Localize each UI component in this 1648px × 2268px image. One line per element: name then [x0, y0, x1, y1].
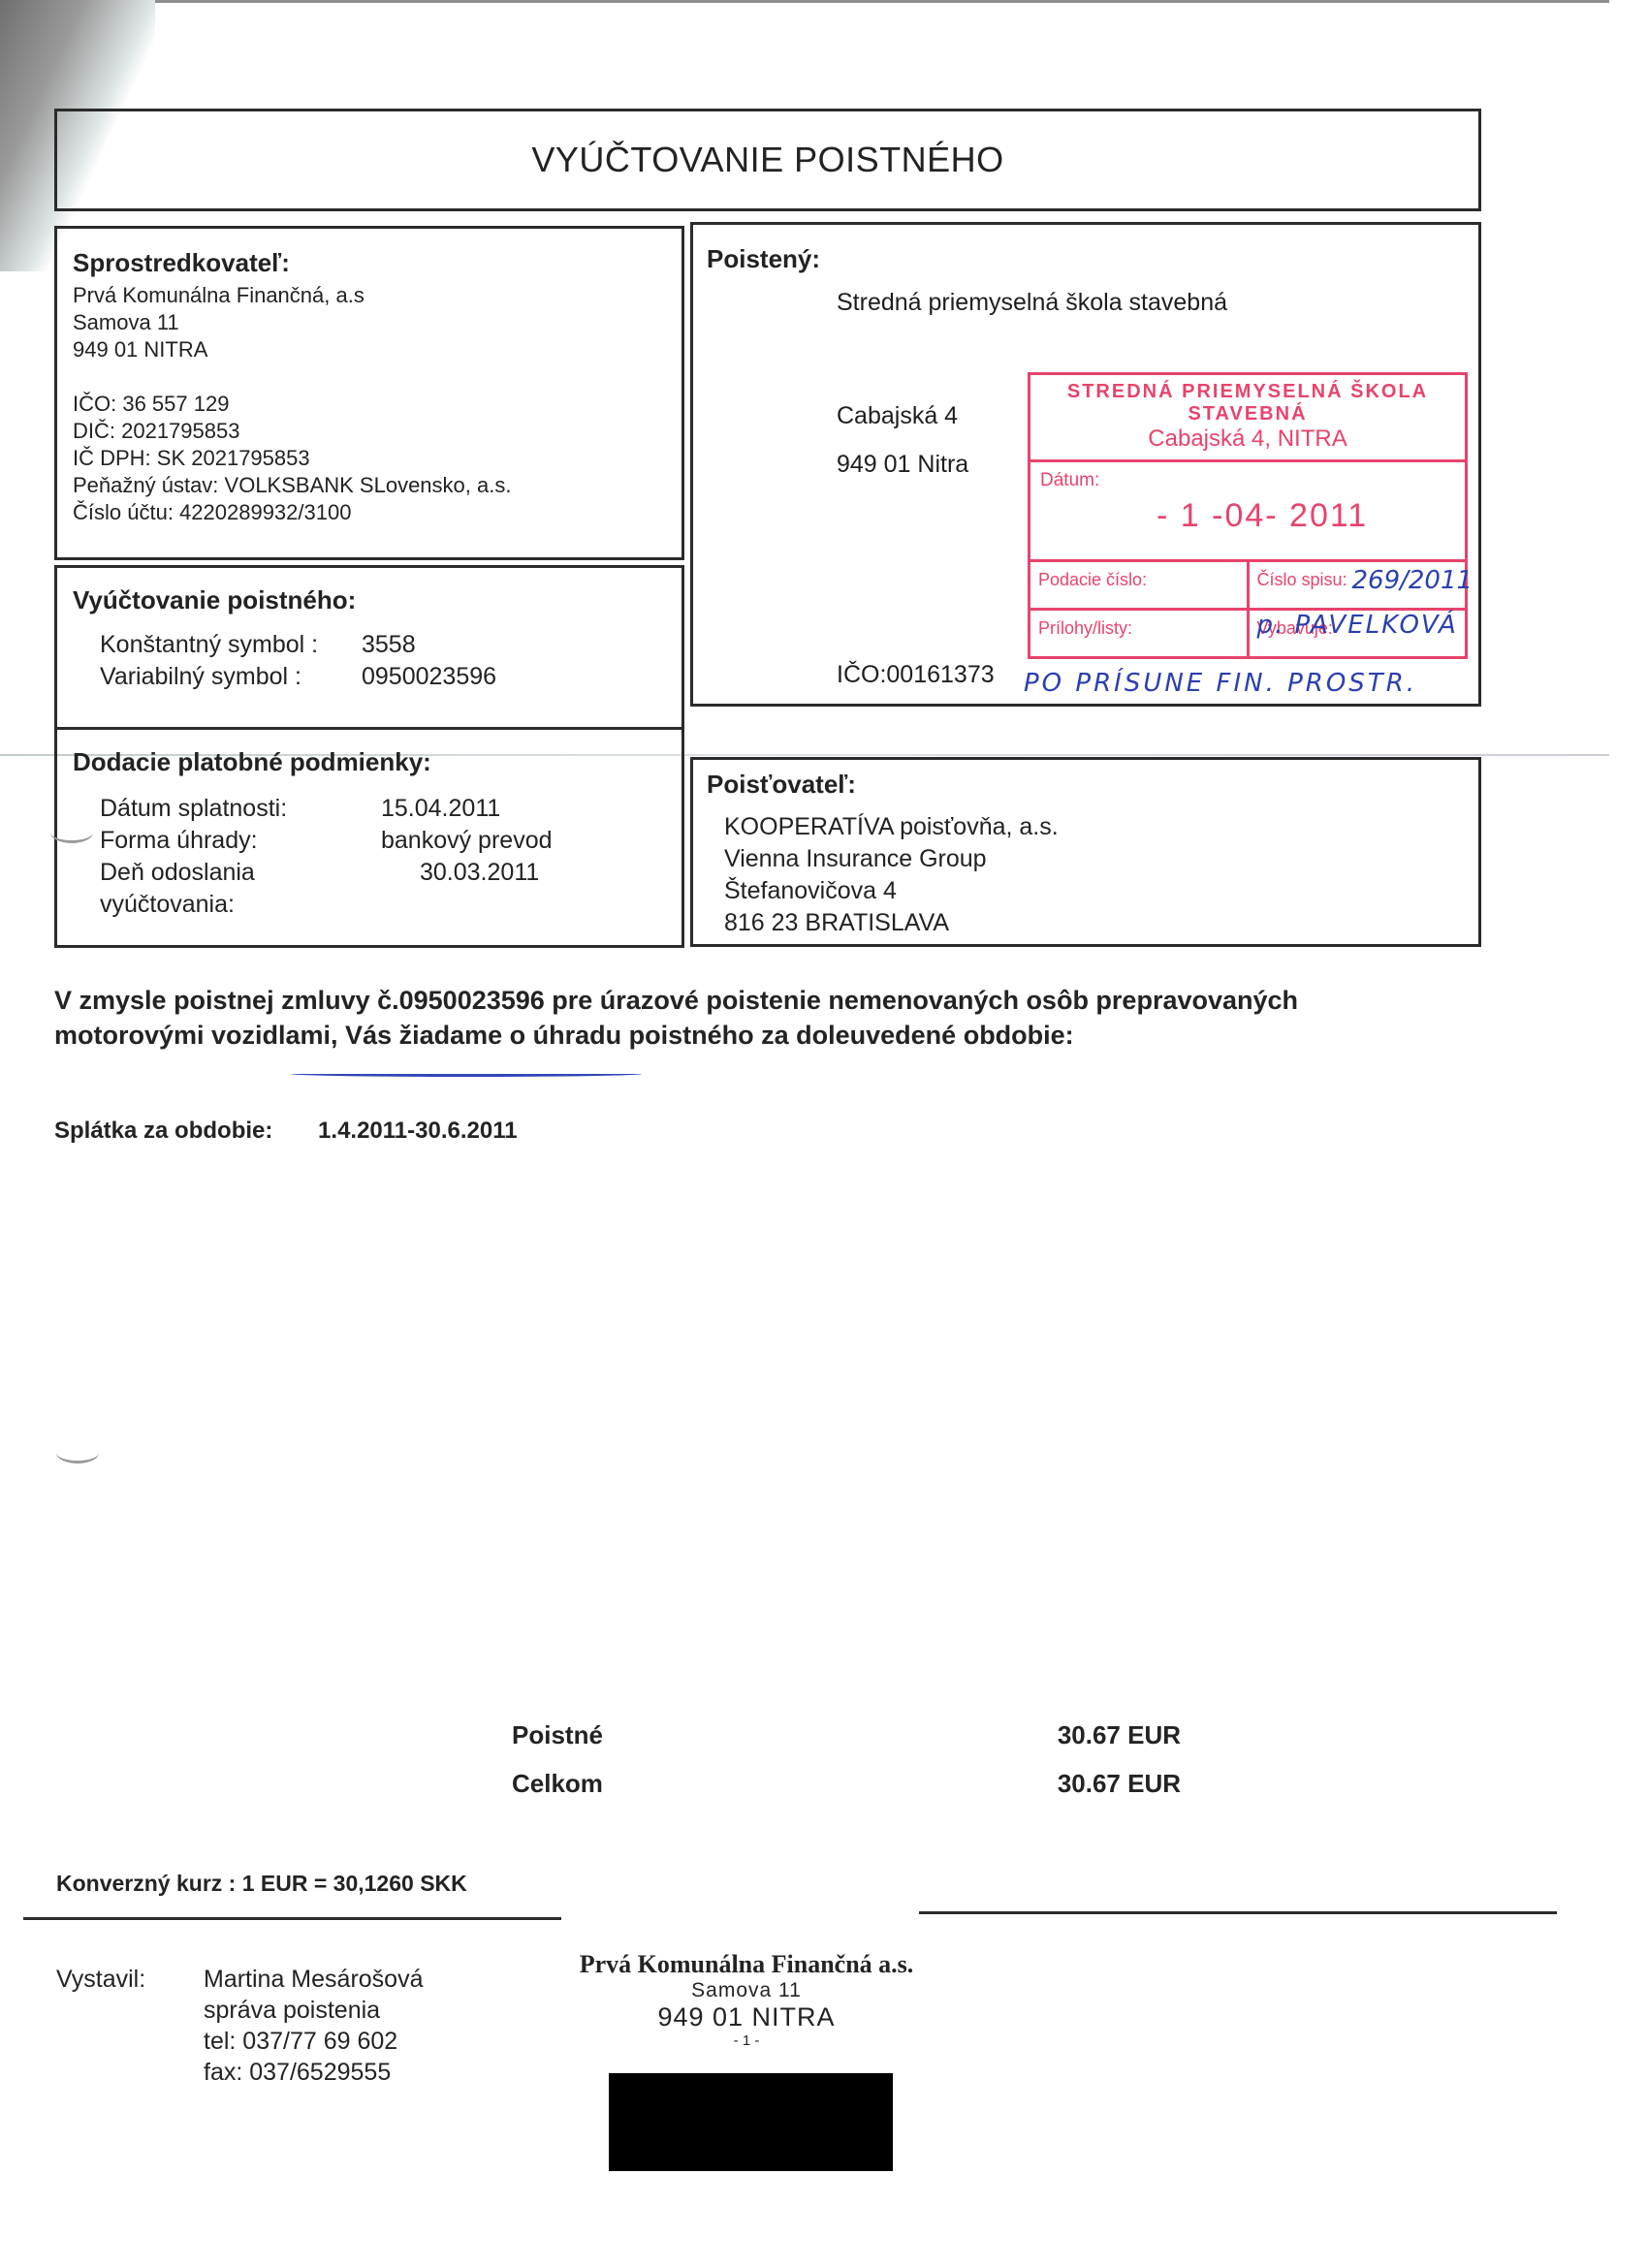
company-stamp-name: Prvá Komunálna Finančná a.s.: [543, 1950, 950, 1979]
broker-street: Samova 11: [73, 309, 666, 336]
broker-account: Číslo účtu: 4220289932/3100: [73, 499, 666, 526]
broker-bank: Peňažný ústav: VOLKSBANK SLovensko, a.s.: [73, 472, 666, 499]
stamp-line-2: STAVEBNÁ: [1030, 403, 1465, 425]
company-stamp-city: 949 01 NITRA: [543, 2002, 950, 2032]
page-number: - 1 -: [543, 2032, 950, 2049]
insured-ico: IČO:00161373: [837, 661, 995, 689]
totals-amount: 30.67 EUR: [1058, 1769, 1181, 1817]
totals-row: Poistné 30.67 EUR: [512, 1720, 1181, 1769]
stamp-line-3: Cabajská 4, NITRA: [1030, 425, 1465, 453]
intro-paragraph: V zmysle poistnej zmluvy č.0950023596 pr…: [54, 983, 1411, 1053]
broker-section: Sprostredkovateľ: Prvá Komunálna Finančn…: [54, 226, 684, 560]
stamp-date-value: - 1 -04- 2011: [1157, 497, 1368, 535]
broker-name: Prvá Komunálna Finančná, a.s: [73, 282, 666, 309]
signature-line: [919, 1911, 1557, 1914]
totals-label: Celkom: [512, 1769, 603, 1817]
terms-key: Dátum splatnosti:: [100, 793, 381, 825]
stamp-line-1: STREDNÁ PRIEMYSELNÁ ŠKOLA: [1030, 381, 1465, 403]
insurer-city: 816 23 BRATISLAVA: [724, 907, 1465, 939]
issuer-name: Martina Mesárošová: [204, 1964, 423, 1995]
issuer-department: správa poistenia: [204, 1995, 423, 2026]
company-stamp: Prvá Komunálna Finančná a.s. Samova 11 9…: [543, 1950, 950, 2049]
company-stamp-street: Samova 11: [543, 1979, 950, 2002]
insured-street: Cabajská 4: [837, 402, 958, 430]
insurer-name: KOOPERATÍVA poisťovňa, a.s.: [724, 811, 1465, 843]
terms-key: Forma úhrady:: [100, 825, 381, 857]
registry-stamp: STREDNÁ PRIEMYSELNÁ ŠKOLA STAVEBNÁ Cabaj…: [1028, 372, 1468, 659]
period-label: Splátka za obdobie:: [54, 1118, 272, 1144]
terms-key: Deň odoslania vyúčtovania:: [100, 857, 381, 921]
totals-row: Celkom 30.67 EUR: [512, 1769, 1181, 1817]
punch-hole-mark: [56, 1442, 99, 1464]
issuer-fax: fax: 037/6529555: [204, 2057, 423, 2088]
issuer-tel: tel: 037/77 69 602: [204, 2026, 423, 2057]
title-box: VYÚČTOVANIE POISTNÉHO: [54, 109, 1481, 211]
conversion-rate: Konverzný kurz : 1 EUR = 30,1260 SKK: [56, 1871, 467, 1897]
page-title: VYÚČTOVANIE POISTNÉHO: [531, 140, 1003, 180]
insurer-group: Vienna Insurance Group: [724, 843, 1465, 875]
divider: [23, 1917, 561, 1920]
insurer-label: Poisťovateľ:: [707, 770, 1465, 800]
insured-city: 949 01 Nitra: [837, 451, 968, 479]
billing-label: Vyúčtovanie poistného:: [73, 585, 666, 615]
installment-period: Splátka za obdobie: 1.4.2011-30.6.2011: [54, 1118, 518, 1145]
handwritten-note: PO PRÍSUNE FIN. PROSTR.: [1024, 669, 1417, 698]
billing-value: 3558: [362, 629, 666, 661]
pen-underline: [291, 1071, 642, 1077]
broker-ic-dph: IČ DPH: SK 2021795853: [73, 445, 666, 472]
totals-section: Poistné 30.67 EUR Celkom 30.67 EUR: [512, 1720, 1181, 1817]
terms-value: bankový prevod: [381, 825, 666, 857]
issuer-label: Vystavil:: [56, 1964, 204, 1995]
payment-terms-section: Dodacie platobné podmienky: Dátum splatn…: [54, 727, 684, 948]
stamp-spis-label: Číslo spisu:: [1257, 570, 1347, 589]
redacted-signature: [609, 2073, 893, 2171]
broker-ico: IČO: 36 557 129: [73, 391, 666, 418]
insurer-section: Poisťovateľ: KOOPERATÍVA poisťovňa, a.s.…: [690, 757, 1481, 947]
billing-key: Konštantný symbol :: [100, 629, 362, 661]
stamp-prilohy-label: Prílohy/listy:: [1038, 618, 1132, 638]
terms-value: 15.04.2011: [381, 793, 666, 825]
stamp-date-label: Dátum:: [1040, 470, 1099, 491]
billing-key: Variabilný symbol :: [100, 661, 362, 693]
billing-section: Vyúčtovanie poistného: Konštantný symbol…: [54, 565, 684, 730]
issuer-section: Vystavil: Martina Mesárošová správa pois…: [56, 1964, 423, 2088]
stamp-vybavuje-value: p. PAVELKOVÁ: [1257, 611, 1458, 640]
broker-city: 949 01 NITRA: [73, 336, 666, 363]
terms-value: 30.03.2011: [420, 857, 666, 921]
punch-hole-mark: [50, 822, 93, 843]
scan-edge: [0, 0, 1609, 3]
terms-label: Dodacie platobné podmienky:: [73, 747, 666, 777]
insured-label: Poistený:: [707, 244, 1465, 274]
broker-label: Sprostredkovateľ:: [73, 248, 666, 278]
totals-amount: 30.67 EUR: [1058, 1720, 1181, 1769]
period-value: 1.4.2011-30.6.2011: [318, 1118, 518, 1144]
broker-dic: DIČ: 2021795853: [73, 418, 666, 445]
insured-name: Stredná priemyselná škola stavebná: [837, 289, 1227, 317]
stamp-podacie-label: Podacie číslo:: [1038, 570, 1147, 589]
stamp-spis-value: 269/2011: [1352, 566, 1474, 595]
totals-label: Poistné: [512, 1720, 603, 1769]
billing-value: 0950023596: [362, 661, 666, 693]
insurer-street: Štefanovičova 4: [724, 875, 1465, 907]
